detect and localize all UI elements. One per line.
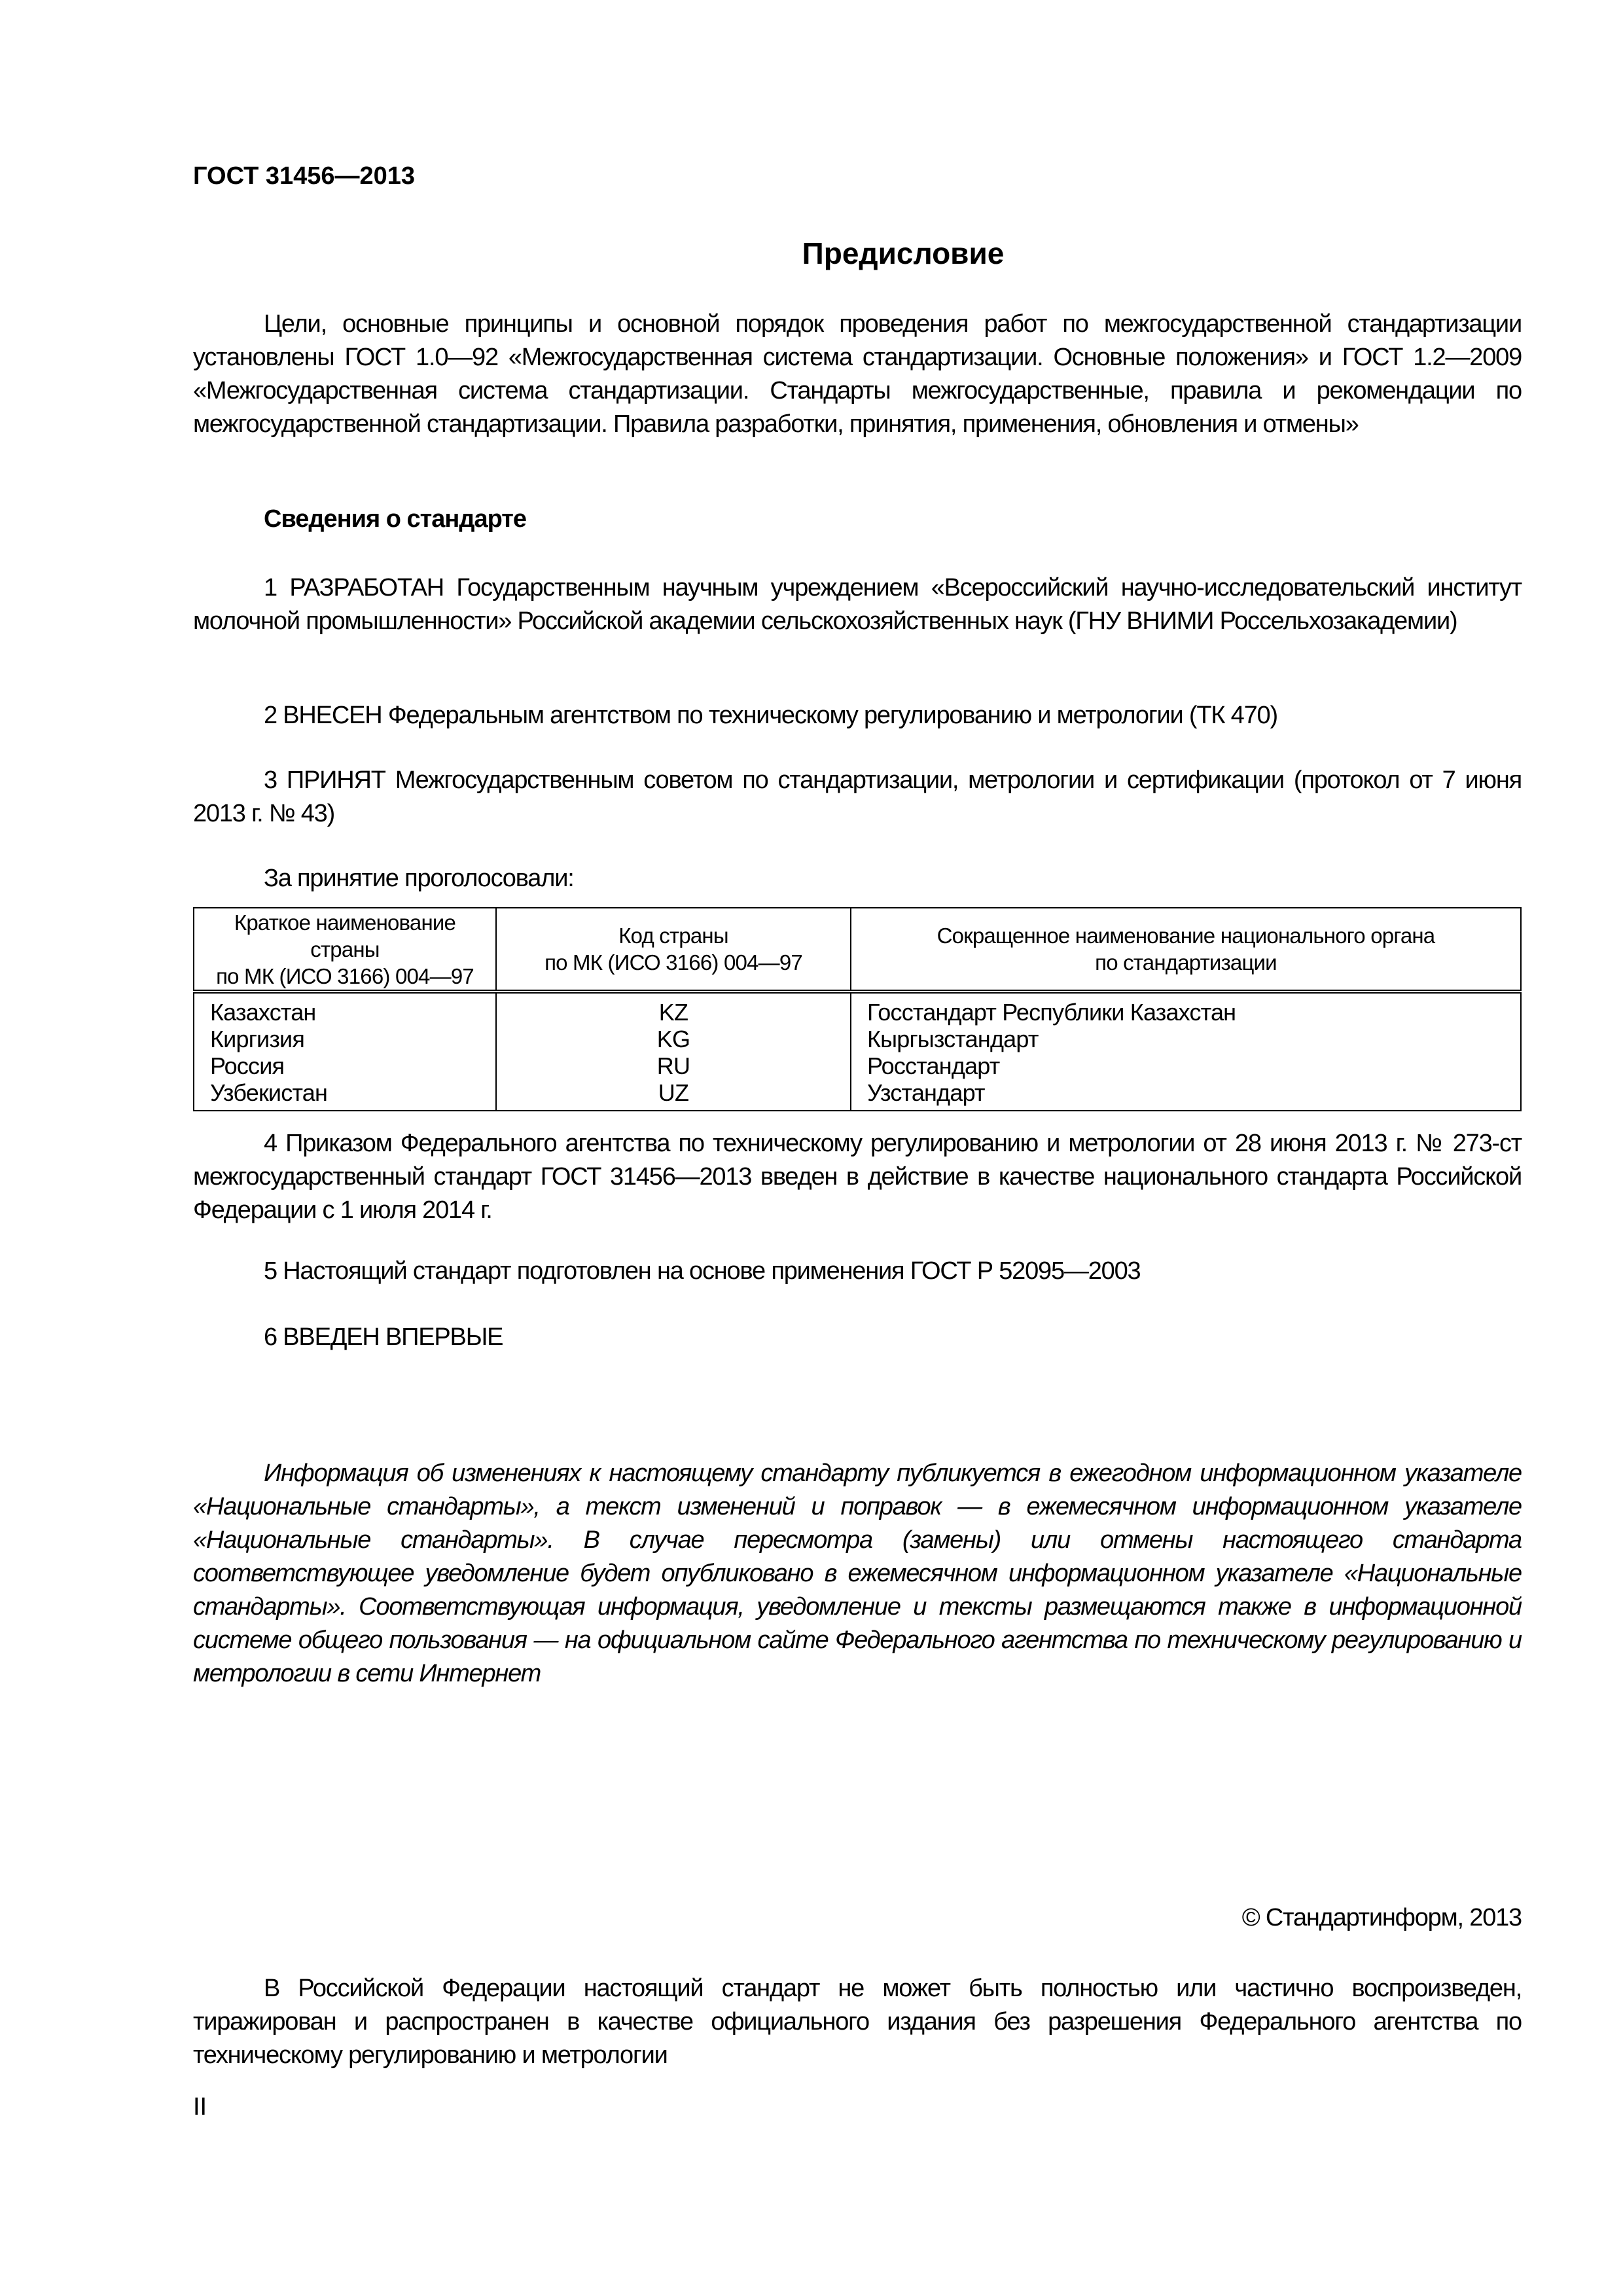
table-cell: Россия xyxy=(210,1052,480,1079)
document-id-header: ГОСТ 31456—2013 xyxy=(193,162,415,190)
table-cell: Узстандарт xyxy=(867,1079,1505,1106)
table-cell: RU xyxy=(512,1052,834,1079)
table-cell: Киргизия xyxy=(210,1026,480,1052)
col-header-code: Код страныпо МК (ИСО 3166) 004—97 xyxy=(496,908,851,992)
item-1: 1 РАЗРАБОТАН Государственным научным учр… xyxy=(193,571,1522,638)
copyright: © Стандартинформ, 2013 xyxy=(193,1901,1522,1935)
country-codes-cell: KZKGRUUZ xyxy=(496,992,851,1111)
item-5: 5 Настоящий стандарт подготовлен на осно… xyxy=(193,1255,1522,1288)
page-number: II xyxy=(193,2093,207,2121)
section-heading: Сведения о стандарте xyxy=(264,505,526,533)
change-info-notice: Информация об изменениях к настоящему ст… xyxy=(193,1457,1522,1691)
item-4: 4 Приказом Федерального агентства по тех… xyxy=(193,1127,1522,1227)
table-cell: Кыргызстандарт xyxy=(867,1026,1505,1052)
title-text: Предисловие xyxy=(802,236,1005,270)
votes-label: За принятие проголосовали: xyxy=(193,862,1522,895)
table-row: КазахстанКиргизияРоссияУзбекистанKZKGRUU… xyxy=(194,992,1521,1111)
country-names-cell: КазахстанКиргизияРоссияУзбекистан xyxy=(194,992,496,1111)
table-cell: Казахстан xyxy=(210,999,480,1026)
table-cell: Госстандарт Республики Казахстан xyxy=(867,999,1505,1026)
col-header-body: Сокращенное наименование национального о… xyxy=(851,908,1521,992)
page-title: Предисловие xyxy=(0,236,1623,271)
col-header-country: Краткое наименование страныпо МК (ИСО 31… xyxy=(194,908,496,992)
item-2: 2 ВНЕСЕН Федеральным агентством по техни… xyxy=(193,699,1522,732)
table-cell: KG xyxy=(512,1026,834,1052)
standards-bodies-cell: Госстандарт Республики КазахстанКыргызст… xyxy=(851,992,1521,1111)
table-cell: UZ xyxy=(512,1079,834,1106)
item-6: 6 ВВЕДЕН ВПЕРВЫЕ xyxy=(193,1321,1522,1354)
reproduction-notice: В Российской Федерации настоящий стандар… xyxy=(193,1972,1522,2072)
document-page: ГОСТ 31456—2013 Предисловие Цели, основн… xyxy=(0,0,1623,2296)
table-cell: Росстандарт xyxy=(867,1052,1505,1079)
intro-paragraph: Цели, основные принципы и основной поряд… xyxy=(193,308,1522,441)
table-cell: Узбекистан xyxy=(210,1079,480,1106)
table-cell: KZ xyxy=(512,999,834,1026)
item-3: 3 ПРИНЯТ Межгосударственным советом по с… xyxy=(193,764,1522,831)
votes-table: Краткое наименование страныпо МК (ИСО 31… xyxy=(193,907,1522,1111)
